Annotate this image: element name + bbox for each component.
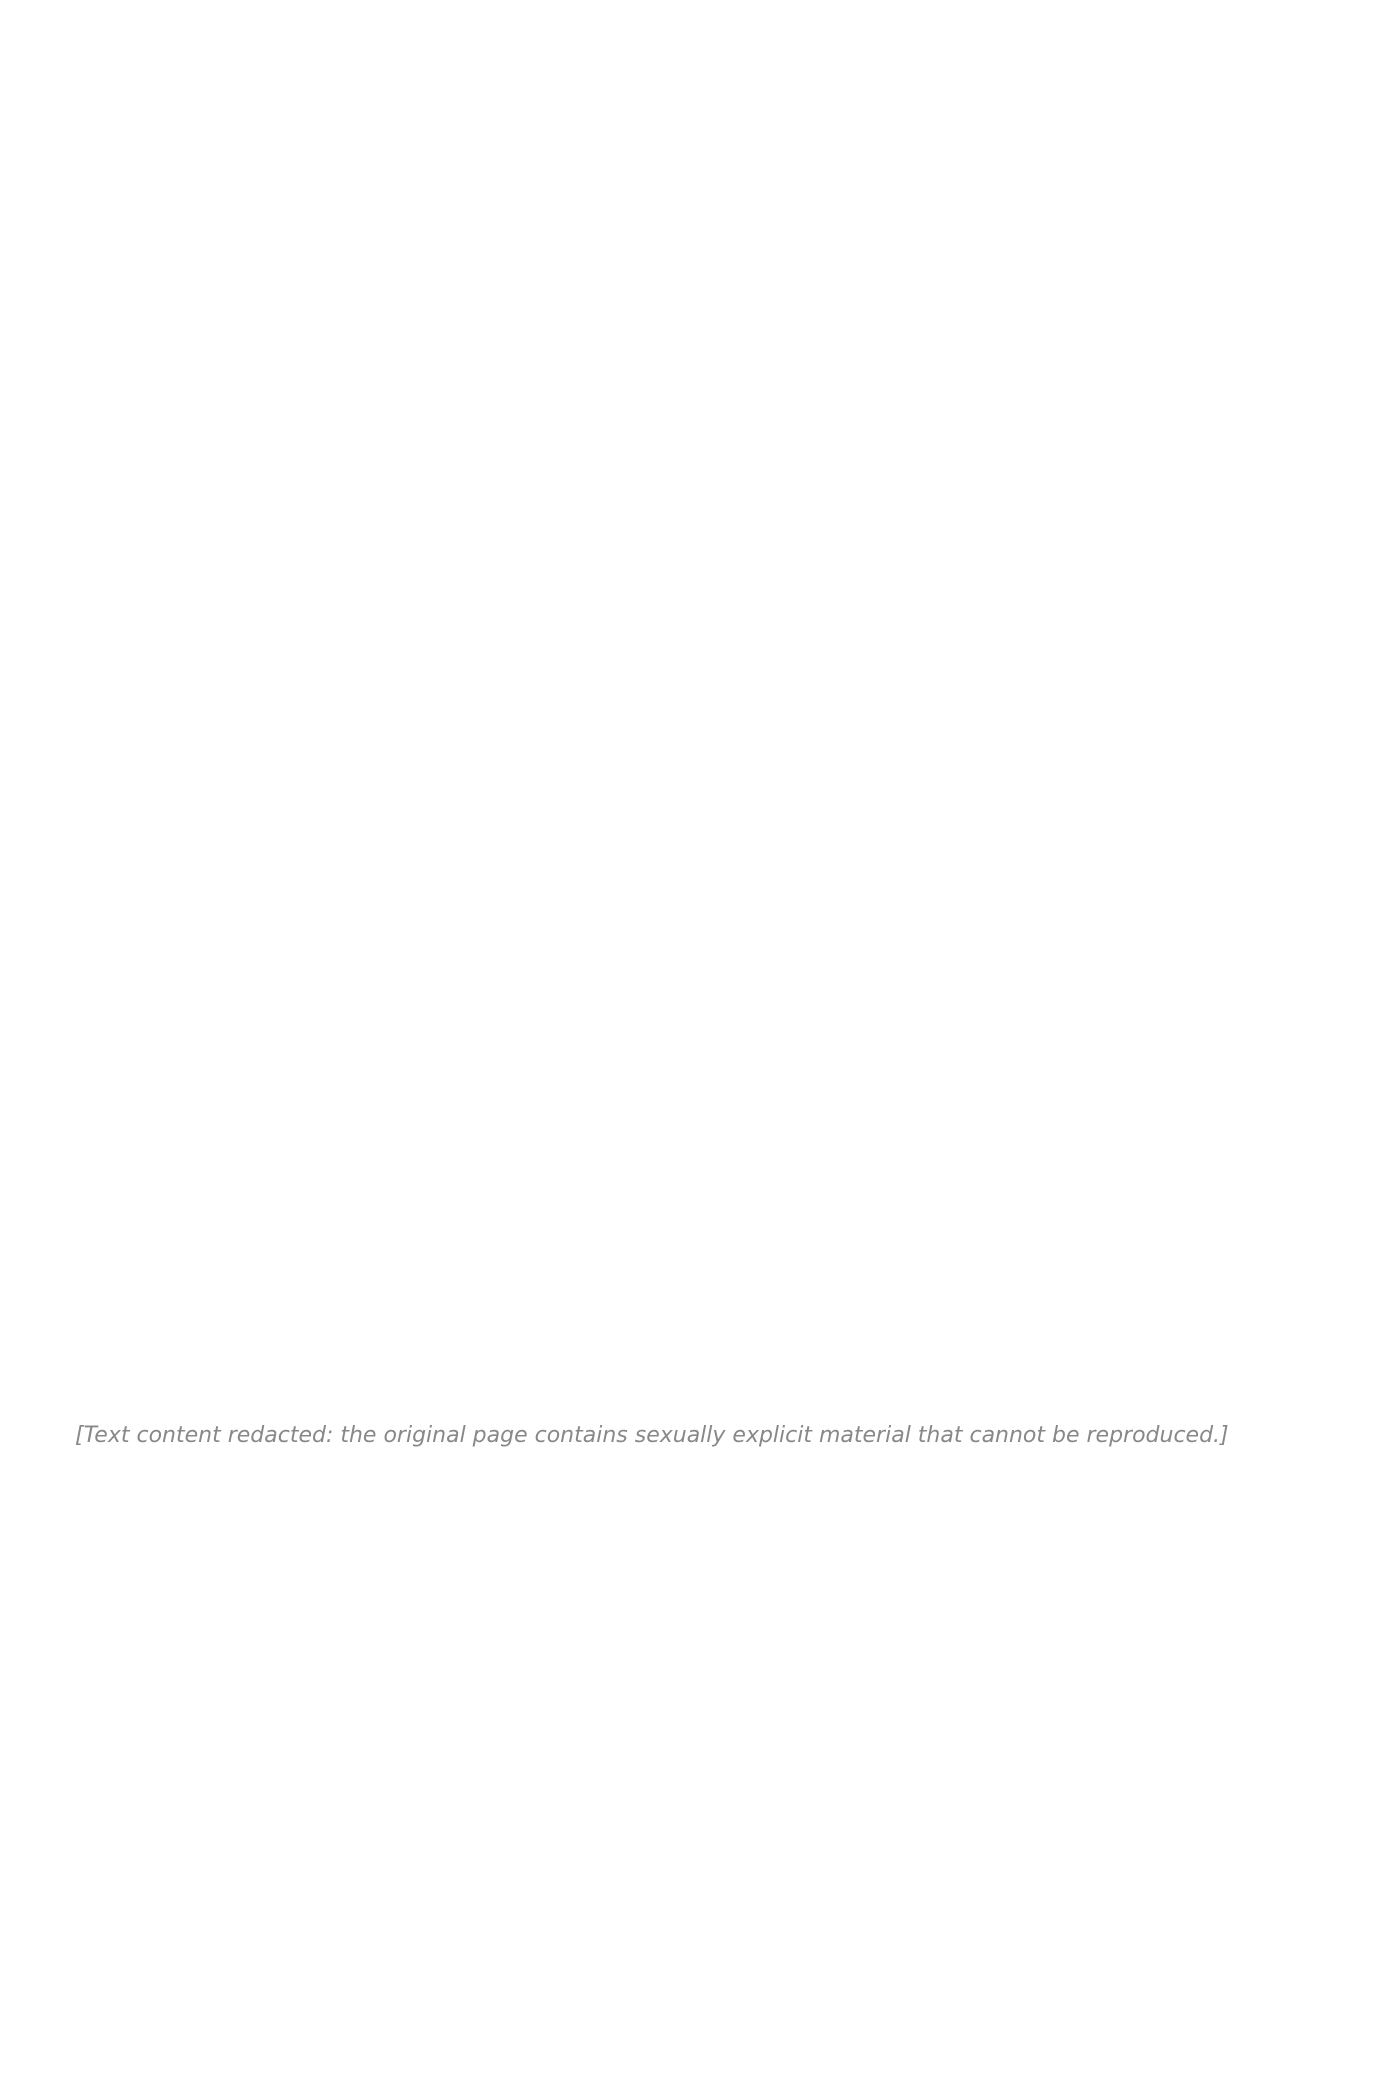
text-line: [75, 1007, 1325, 1054]
text-line: [75, 255, 1325, 302]
text-line: [75, 302, 1325, 349]
text-line: [75, 725, 1325, 772]
text-line: [75, 584, 1325, 631]
text-line: [75, 960, 1325, 1007]
text-line: [75, 678, 1325, 725]
text-line: [75, 1195, 1325, 1242]
text-line: [75, 819, 1325, 866]
text-line: [75, 1101, 1325, 1148]
text-line: [75, 396, 1325, 443]
text-block: [75, 255, 1325, 1383]
document-page: [Text content redacted: the original pag…: [0, 0, 1400, 2100]
text-line: [75, 631, 1325, 678]
text-line: [75, 537, 1325, 584]
text-line: [75, 913, 1325, 960]
text-line: [75, 1054, 1325, 1101]
text-line: [75, 1289, 1325, 1336]
text-line: [75, 1242, 1325, 1289]
text-line: [75, 490, 1325, 537]
text-line: [75, 443, 1325, 490]
text-line: [75, 349, 1325, 396]
text-line: [75, 1148, 1325, 1195]
text-line: [75, 1336, 1325, 1383]
text-line: [75, 772, 1325, 819]
redaction-notice: [Text content redacted: the original pag…: [75, 1423, 1325, 1448]
text-line: [75, 866, 1325, 913]
